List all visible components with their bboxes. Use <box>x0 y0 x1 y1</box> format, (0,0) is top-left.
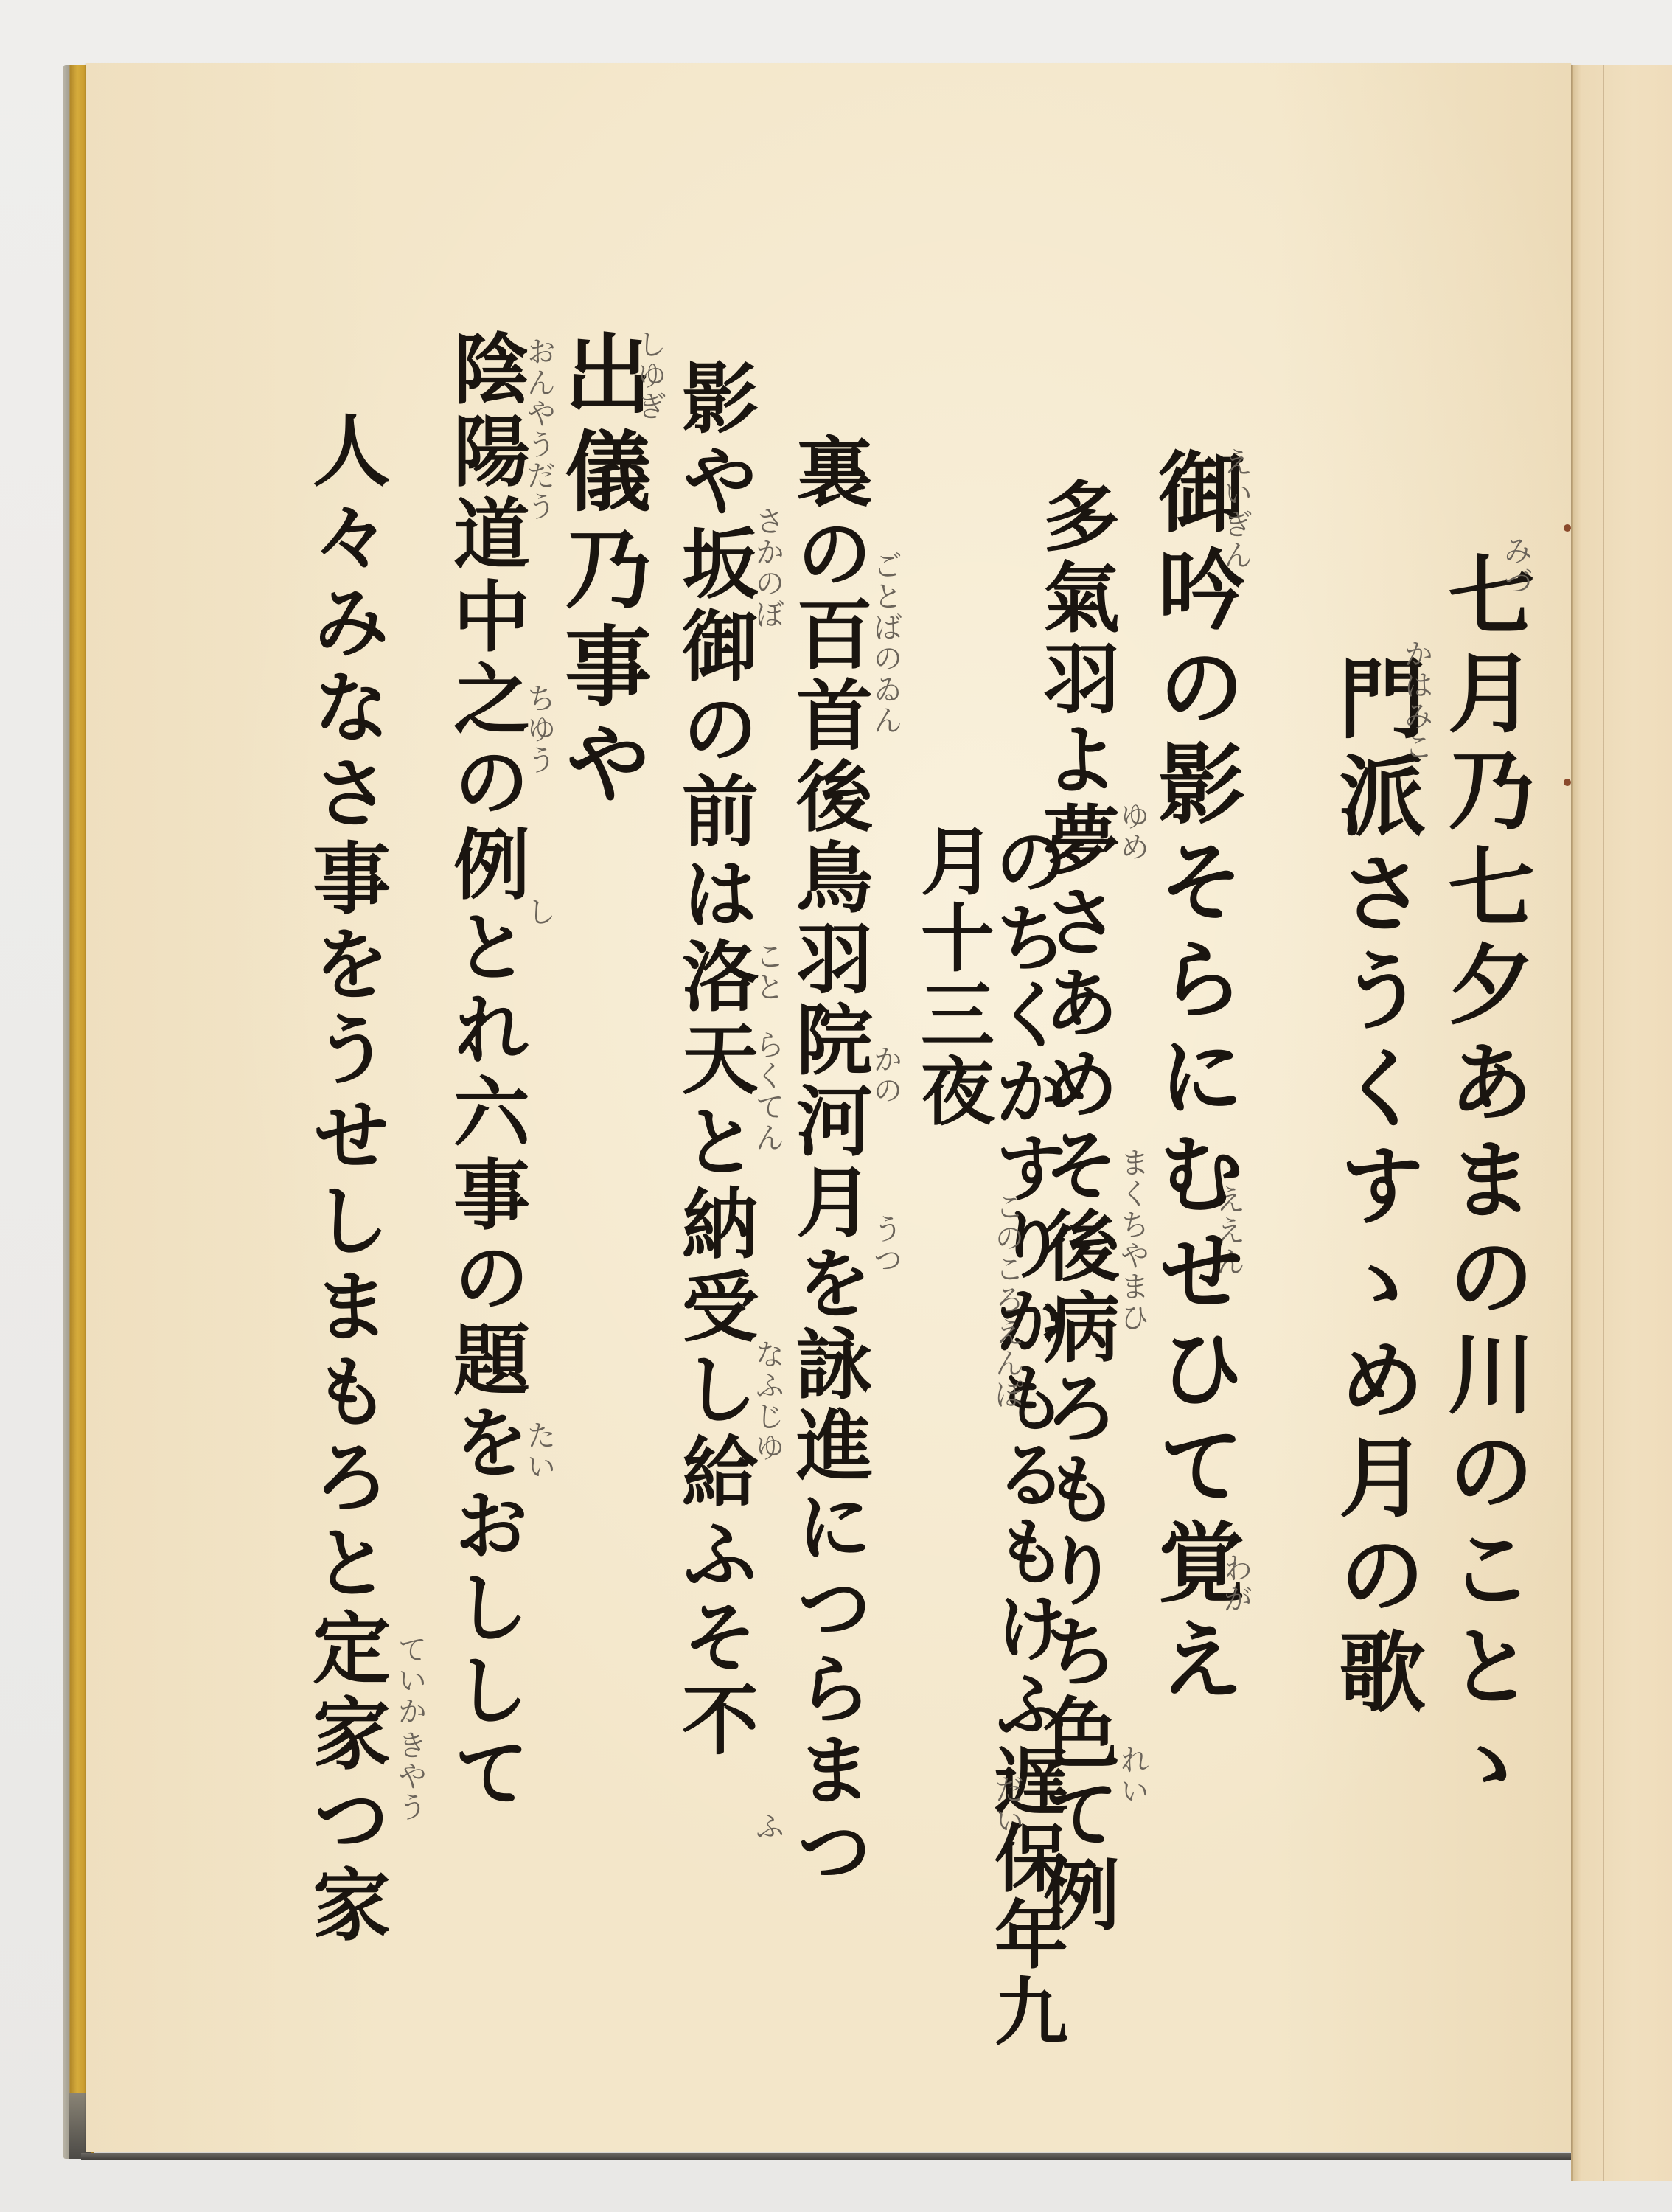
text-column-7: 影や坂御の前は洛天と納受し給ふそ不 <box>675 358 752 2091</box>
furigana-9d: たい <box>524 1420 554 1482</box>
binding-hole <box>1564 524 1571 532</box>
binding-hole <box>1564 779 1571 786</box>
furigana-5a: このころ <box>992 1192 1022 1315</box>
photo-scene: 七月乃七夕あまの川のことゝ みづ 門派さうくすゝめ月の歌 かはみこ ええん 御吟… <box>0 0 1672 2212</box>
text-column-3: 御吟の影そらにむせひて覚え <box>1151 447 1238 1936</box>
furigana-7b: こと <box>753 941 782 1003</box>
furigana-9c: し <box>524 897 554 928</box>
furigana-9a: おんやうだう <box>524 336 554 522</box>
furigana-4a: ゆめ <box>1118 801 1147 863</box>
text-column-10: 人々みなさ事をうせしまもろと定家つ家 <box>307 410 385 2128</box>
furigana-5c: だい <box>992 1774 1022 1836</box>
adjacent-page <box>1571 65 1672 2181</box>
furigana-10a: ていか <box>395 1634 425 1727</box>
furigana-4c: れい <box>1118 1745 1147 1806</box>
text-column-5: のちくかすりかもるもけふ遅保年九月十三夜 <box>915 823 1062 2121</box>
furigana-7a: さかのぼ <box>753 506 782 630</box>
furigana-3b: わが <box>1221 1553 1250 1615</box>
furigana-7e: ふ <box>753 1811 782 1842</box>
furigana-9b: ちゆう <box>524 683 554 776</box>
furigana-6c: うつ <box>871 1214 900 1276</box>
text-column-8: 出儀乃事や <box>557 329 644 919</box>
text-column-6: 裏の百首後鳥羽院河月を詠進につらまつ <box>790 432 866 1921</box>
furigana-5b: えんぽ <box>992 1317 1022 1410</box>
manuscript-page: 七月乃七夕あまの川のことゝ みづ 門派さうくすゝめ月の歌 かはみこ ええん 御吟… <box>86 63 1571 2152</box>
cover-bottom-edge <box>81 2153 1585 2160</box>
text-column-9: 陰陽道中之の例とれ六事の題をおしして <box>447 329 523 1973</box>
furigana-3a: えいぎん <box>1221 447 1250 571</box>
furigana-1a: みづ <box>1501 535 1530 597</box>
furigana-2a: かはみこ <box>1401 639 1431 762</box>
furigana-8a: しゆぎ <box>635 329 664 422</box>
furigana-6b: かの <box>871 1044 900 1106</box>
text-column-2: 門派さうくすゝめ月の歌 <box>1331 653 1418 1833</box>
furigana-7c: らくてん <box>753 1029 782 1153</box>
furigana-10b: きやう <box>395 1730 425 1823</box>
furigana-6a: ごとばのゐん <box>871 550 900 736</box>
furigana-7d: なふじゆ <box>753 1339 782 1463</box>
furigana-4b: まくちやまひ <box>1118 1147 1147 1333</box>
page-fold-line <box>1603 65 1604 2181</box>
text-column-1: 七月乃七夕あまの川のことゝ <box>1441 550 1528 1877</box>
